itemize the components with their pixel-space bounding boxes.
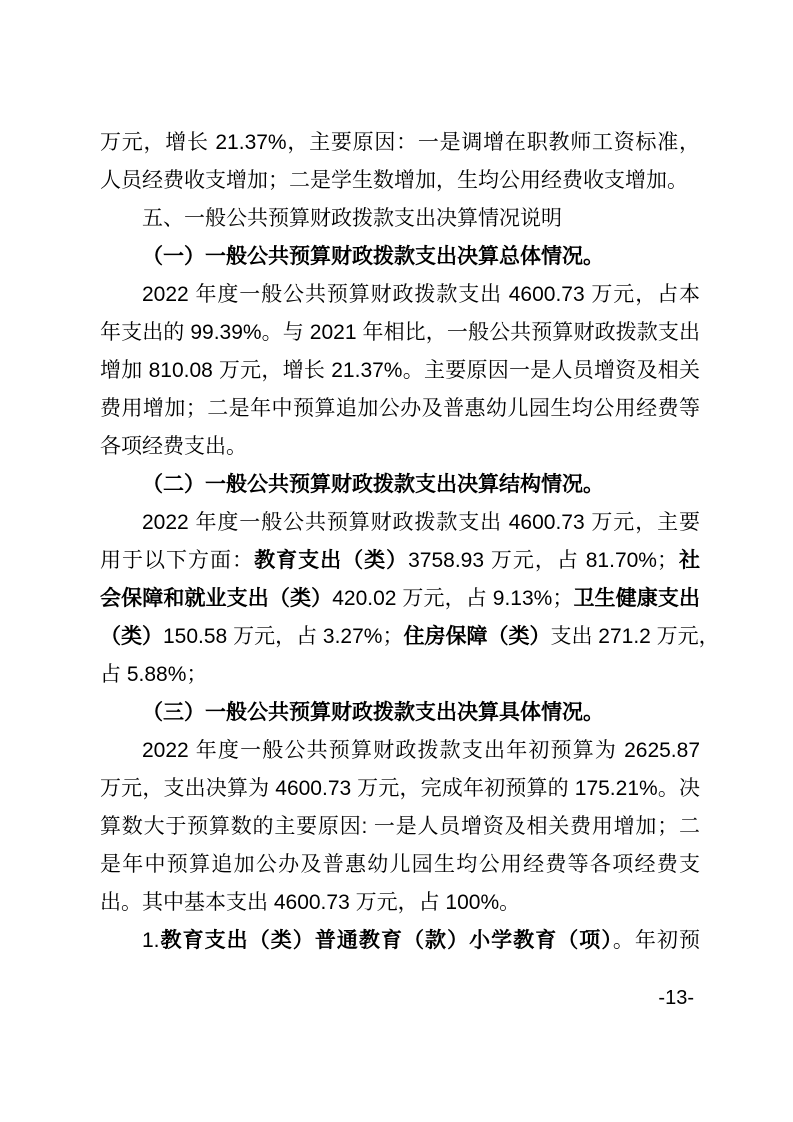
- text-segment: 算数大于预算数的主要原因: 一是人员增资及相关费用增加；二: [100, 815, 700, 838]
- text-line: 是年中预算追加公办及普惠幼儿园生均公用经费等各项经费支: [100, 846, 700, 884]
- text-segment: 教育支出（类）: [254, 549, 408, 572]
- text-line: 算数大于预算数的主要原因: 一是人员增资及相关费用增加；二: [100, 808, 700, 846]
- text-segment: 五、一般公共预算财政拨款支出决算情况说明: [142, 207, 562, 230]
- document-body: 万元，增长 21.37%，主要原因：一是调增在职教师工资标准，人员经费收支增加；…: [100, 124, 700, 960]
- text-segment: 各项经费支出。: [100, 435, 247, 458]
- text-segment: 住房保障（类）: [403, 625, 550, 648]
- text-segment: 万元，增长 21.37%，主要原因：一是调增在职教师工资标准，: [100, 131, 700, 154]
- text-line: 占 5.88%；: [100, 656, 700, 694]
- text-line: 1.教育支出（类）普通教育（款）小学教育（项）。年初预: [100, 922, 700, 960]
- text-line: （一）一般公共预算财政拨款支出决算总体情况。: [100, 238, 700, 276]
- text-line: 各项经费支出。: [100, 428, 700, 466]
- text-segment: 用于以下方面：: [100, 549, 254, 572]
- page-number: -13-: [100, 986, 700, 1010]
- text-segment: 占 5.88%；: [100, 663, 207, 686]
- text-segment: 支出 271.2 万元，: [550, 625, 719, 648]
- text-segment: （类）: [100, 625, 163, 648]
- text-line: 2022 年度一般公共预算财政拨款支出 4600.73 万元，主要: [100, 504, 700, 542]
- text-line: 增加 810.08 万元，增长 21.37%。主要原因一是人员增资及相关: [100, 352, 700, 390]
- text-segment: （一）一般公共预算财政拨款支出决算总体情况。: [142, 245, 604, 268]
- text-line: 会保障和就业支出（类）420.02 万元，占 9.13%；卫生健康支出: [100, 580, 700, 618]
- document-page: 万元，增长 21.37%，主要原因：一是调增在职教师工资标准，人员经费收支增加；…: [0, 0, 793, 1122]
- text-segment: 是年中预算追加公办及普惠幼儿园生均公用经费等各项经费支: [100, 853, 700, 876]
- text-line: （类）150.58 万元，占 3.27%；住房保障（类）支出 271.2 万元，: [100, 618, 700, 656]
- text-segment: 会保障和就业支出（类）: [100, 587, 332, 610]
- text-segment: 万元，支出决算为 4600.73 万元，完成年初预算的 175.21%。决: [100, 777, 700, 800]
- text-line: 万元，增长 21.37%，主要原因：一是调增在职教师工资标准，: [100, 124, 700, 162]
- text-segment: 出。其中基本支出 4600.73 万元，占 100%。: [100, 891, 520, 914]
- text-line: 年支出的 99.39%。与 2021 年相比，一般公共预算财政拨款支出: [100, 314, 700, 352]
- text-segment: 3758.93 万元，占 81.70%；: [408, 549, 678, 572]
- text-line: 出。其中基本支出 4600.73 万元，占 100%。: [100, 884, 700, 922]
- text-segment: 2022 年度一般公共预算财政拨款支出 4600.73 万元，主要: [142, 511, 700, 534]
- text-line: 2022 年度一般公共预算财政拨款支出 4600.73 万元，占本: [100, 276, 700, 314]
- text-line: 用于以下方面：教育支出（类）3758.93 万元，占 81.70%；社: [100, 542, 700, 580]
- text-segment: 150.58 万元，占 3.27%；: [163, 625, 403, 648]
- text-segment: 费用增加；二是年中预算追加公办及普惠幼儿园生均公用经费等: [100, 397, 700, 420]
- text-line: （三）一般公共预算财政拨款支出决算具体情况。: [100, 694, 700, 732]
- text-segment: 420.02 万元，占 9.13%；: [332, 587, 573, 610]
- text-line: 人员经费收支增加；二是学生数增加，生均公用经费收支增加。: [100, 162, 700, 200]
- text-segment: 。年初预: [613, 929, 700, 952]
- text-segment: （二）一般公共预算财政拨款支出决算结构情况。: [142, 473, 604, 496]
- text-segment: 卫生健康支出: [573, 587, 700, 610]
- text-segment: 1.: [142, 929, 160, 952]
- text-line: 万元，支出决算为 4600.73 万元，完成年初预算的 175.21%。决: [100, 770, 700, 808]
- text-segment: 社: [678, 549, 700, 572]
- text-line: 费用增加；二是年中预算追加公办及普惠幼儿园生均公用经费等: [100, 390, 700, 428]
- text-segment: 2022 年度一般公共预算财政拨款支出 4600.73 万元，占本: [142, 283, 700, 306]
- text-segment: 人员经费收支增加；二是学生数增加，生均公用经费收支增加。: [100, 169, 688, 192]
- text-segment: 教育支出（类）普通教育（款）小学教育（项）: [160, 929, 613, 952]
- text-line: 2022 年度一般公共预算财政拨款支出年初预算为 2625.87: [100, 732, 700, 770]
- text-segment: （三）一般公共预算财政拨款支出决算具体情况。: [142, 701, 604, 724]
- text-line: （二）一般公共预算财政拨款支出决算结构情况。: [100, 466, 700, 504]
- text-segment: 增加 810.08 万元，增长 21.37%。主要原因一是人员增资及相关: [100, 359, 700, 382]
- text-segment: 2022 年度一般公共预算财政拨款支出年初预算为 2625.87: [142, 739, 700, 762]
- text-line: 五、一般公共预算财政拨款支出决算情况说明: [100, 200, 700, 238]
- text-segment: 年支出的 99.39%。与 2021 年相比，一般公共预算财政拨款支出: [100, 321, 700, 344]
